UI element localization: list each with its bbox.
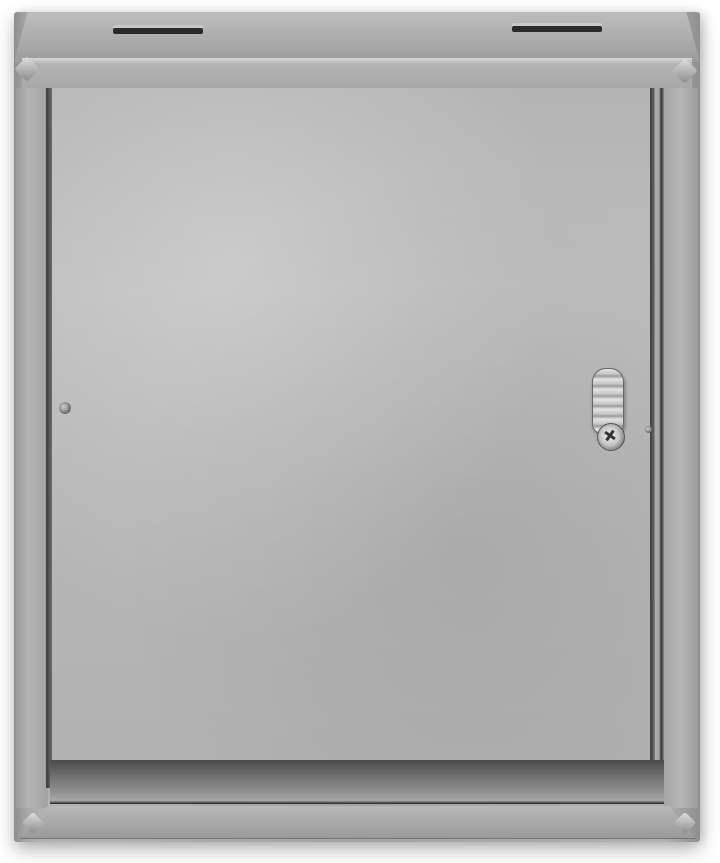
bottom-channel bbox=[50, 760, 664, 804]
right-rail-edge bbox=[650, 88, 664, 768]
small-rivet-icon bbox=[645, 426, 652, 433]
mounting-slot-left bbox=[113, 28, 203, 34]
door-panel bbox=[52, 88, 650, 760]
rivet-icon bbox=[59, 402, 71, 414]
right-rail bbox=[664, 88, 698, 808]
bottom-flange bbox=[20, 806, 696, 839]
mounting-slot-right bbox=[512, 26, 602, 32]
left-rail bbox=[16, 88, 48, 808]
top-flange bbox=[14, 12, 700, 62]
top-lip bbox=[22, 58, 692, 89]
